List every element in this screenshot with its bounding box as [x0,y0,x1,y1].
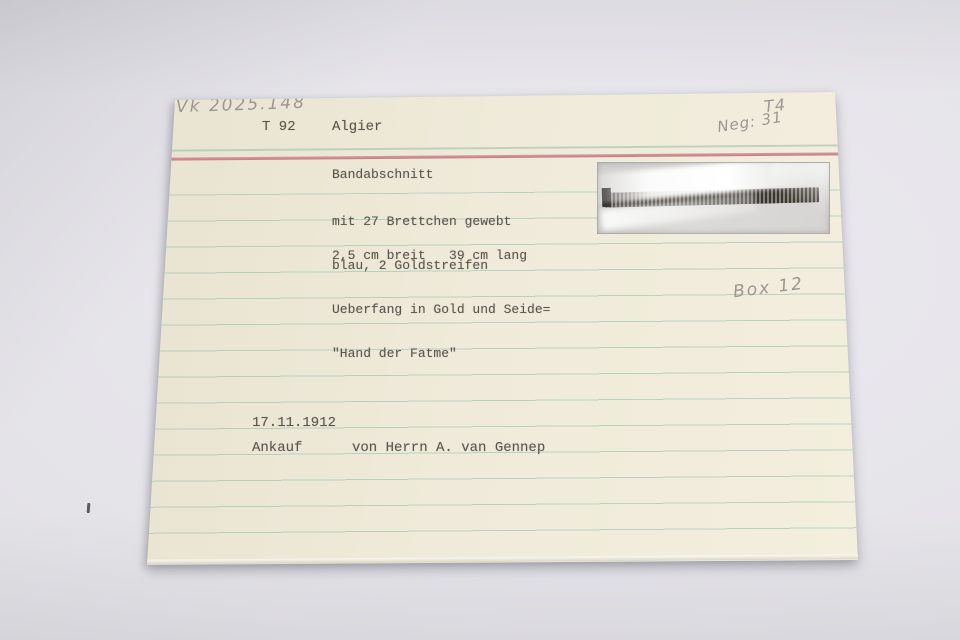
acquisition-source: von Herrn A. van Gennep [352,440,545,456]
header-green-rule [147,144,860,152]
card-bottom-edge [147,554,860,565]
negative-number-handwritten: Neg: 31 [716,108,784,136]
description-line: "Hand der Fatme" [332,347,550,361]
photo-glare [771,162,830,233]
description-line: mit 27 Brettchen gewebt [332,215,550,229]
photo-backdrop: Vk 2025.148 T 92 Algier T4 Neg: 31 Banda… [0,0,960,640]
index-card: Vk 2025.148 T 92 Algier T4 Neg: 31 Banda… [147,90,860,570]
object-description: mit 27 Brettchen gewebt blau, 2 Goldstre… [332,185,550,391]
specimen-photo [597,162,830,234]
index-card-wrapper: Vk 2025.148 T 92 Algier T4 Neg: 31 Banda… [147,90,860,570]
object-dimensions: 2,5 cm breit 39 cm lang [332,248,527,263]
acquisition-date: 17.11.1912 [252,415,336,431]
object-title: Bandabschnitt [332,167,433,182]
description-line: Ueberfang in Gold und Seide= [332,303,550,317]
inventory-number-handwritten: Vk 2025.148 [176,93,307,118]
object-location: Algier [332,119,382,135]
object-code: T 92 [262,119,296,135]
header-red-rule [147,152,860,160]
backdrop-pencil-mark [87,503,91,513]
acquisition-type: Ankauf [252,440,302,456]
